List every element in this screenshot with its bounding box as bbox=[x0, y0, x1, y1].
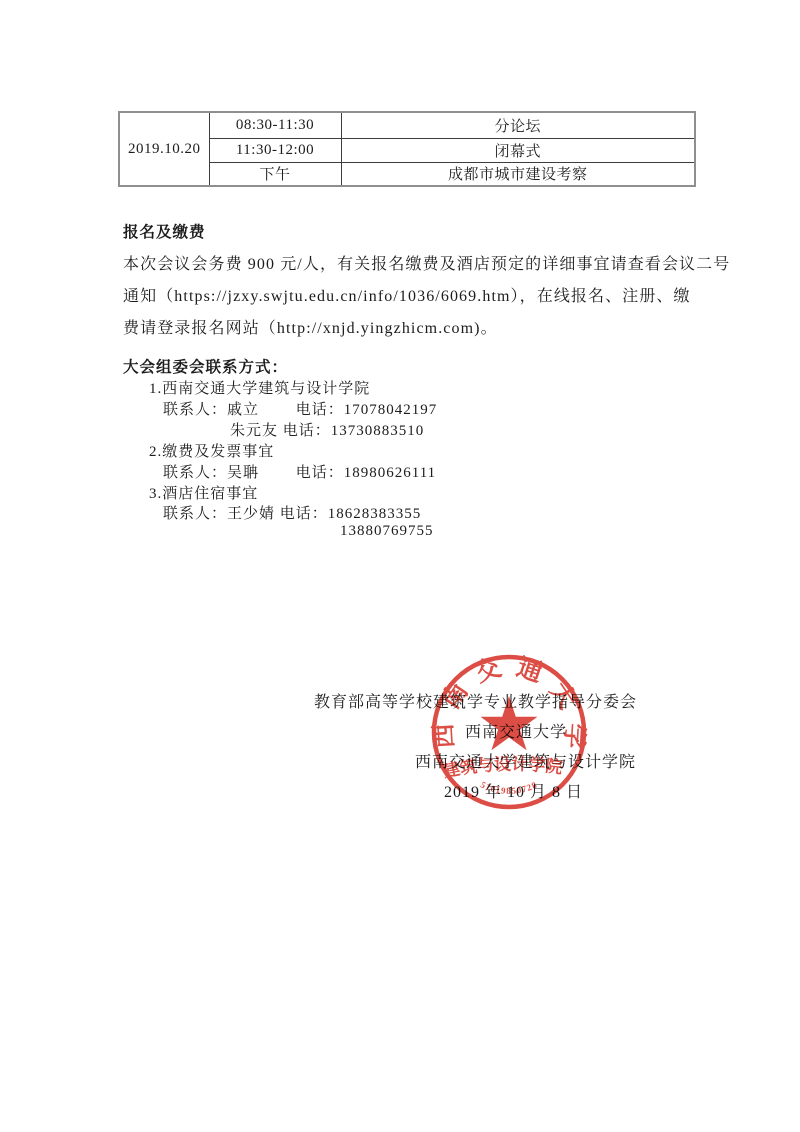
schedule-time-cell: 11:30-12:00 bbox=[209, 138, 341, 162]
signature-org-line: 西南交通大学 bbox=[465, 719, 567, 742]
contact-person-line: 朱元友 电话：13730883510 bbox=[230, 419, 424, 440]
contacts-heading: 大会组委会联系方式： bbox=[123, 355, 288, 377]
contact-person-line: 联系人：戚立 电话：17078042197 bbox=[163, 398, 437, 419]
schedule-date-cell: 2019.10.20 bbox=[119, 112, 209, 186]
registration-paragraph-line: 通知（https://jzxy.swjtu.edu.cn/info/1036/6… bbox=[123, 283, 691, 306]
signature-org-line: 西南交通大学建筑与设计学院 bbox=[415, 749, 636, 772]
schedule-time-cell: 08:30-11:30 bbox=[209, 112, 341, 138]
registration-heading: 报名及缴费 bbox=[123, 220, 206, 242]
schedule-event-cell: 成都市城市建设考察 bbox=[341, 162, 695, 186]
schedule-event-cell: 闭幕式 bbox=[341, 138, 695, 162]
registration-paragraph-line: 费请登录报名网站（http://xnjd.yingzhicm.com)。 bbox=[123, 315, 498, 338]
contact-item-title: 1.西南交通大学建筑与设计学院 bbox=[149, 377, 370, 398]
contact-person-line: 联系人：王少婧 电话：18628383355 bbox=[163, 502, 421, 523]
document-page: 2019.10.20 08:30-11:30 分论坛 11:30-12:00 闭… bbox=[0, 0, 800, 1132]
signature-date-line: 2019 年 10 月 8 日 bbox=[444, 779, 583, 802]
registration-paragraph-line: 本次会议会务费 900 元/人，有关报名缴费及酒店预定的详细事宜请查看会议二号 bbox=[123, 251, 730, 274]
table-row: 2019.10.20 08:30-11:30 分论坛 bbox=[119, 112, 695, 138]
signature-org-line: 教育部高等学校建筑学专业教学指导分委会 bbox=[314, 689, 637, 712]
contact-item-title: 2.缴费及发票事宜 bbox=[149, 440, 274, 461]
contact-item-title: 3.酒店住宿事宜 bbox=[149, 482, 258, 503]
contact-phone-line: 13880769755 bbox=[340, 523, 434, 540]
schedule-event-cell: 分论坛 bbox=[341, 112, 695, 138]
schedule-time-cell: 下午 bbox=[209, 162, 341, 186]
schedule-table: 2019.10.20 08:30-11:30 分论坛 11:30-12:00 闭… bbox=[118, 111, 696, 187]
contact-person-line: 联系人：吴聃 电话：18980626111 bbox=[163, 461, 436, 482]
